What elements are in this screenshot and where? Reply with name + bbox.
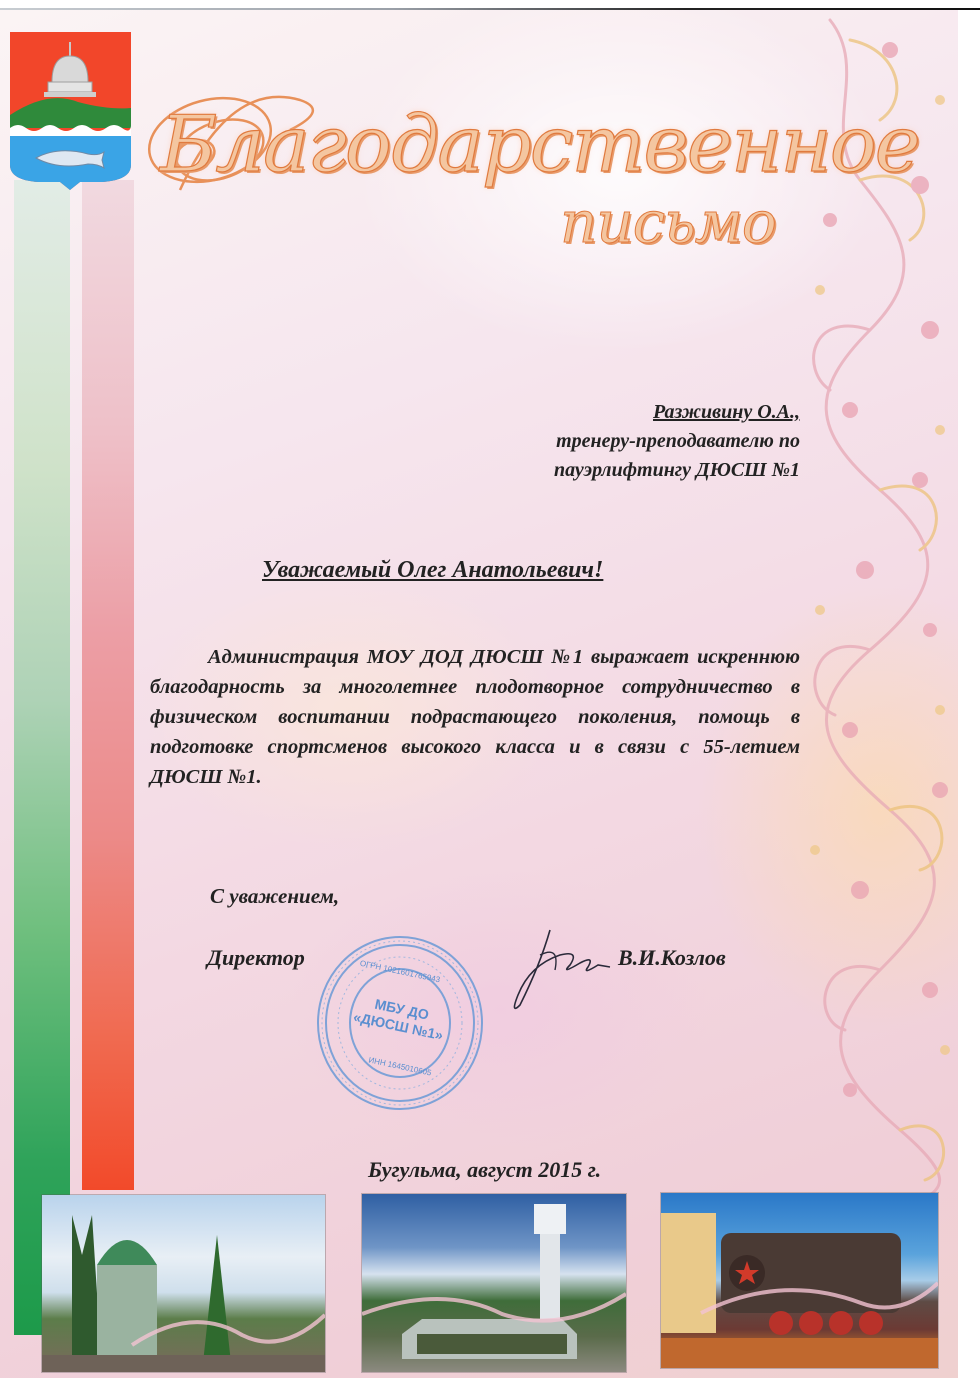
recipient-position-line-1: тренеру-преподавателю по xyxy=(554,427,800,456)
floral-ornament-icon xyxy=(790,10,958,1210)
title-line-1: Благодарственное xyxy=(160,100,919,190)
red-stripe xyxy=(82,180,134,1190)
steam-locomotive-icon xyxy=(661,1193,938,1368)
official-stamp: МБУ ДО «ДЮСШ №1» ОГРН 1021601765943 ИНН … xyxy=(315,933,485,1113)
photo-city-monument xyxy=(362,1194,626,1372)
place-and-date: Бугульма, август 2015 г. xyxy=(368,1157,601,1183)
clock-tower-building-icon xyxy=(42,1195,325,1372)
photo-steam-locomotive xyxy=(661,1193,938,1368)
letter-body: Администрация МОУ ДОД ДЮСШ №1 выражает и… xyxy=(150,642,800,792)
signer-name: В.И.Козлов xyxy=(618,945,726,971)
greeting: Уважаемый Олег Анатольевич! xyxy=(262,557,603,584)
signature-icon xyxy=(500,925,620,1015)
signer-position: Директор xyxy=(207,945,305,971)
recipient-name: Разживину О.А., xyxy=(554,398,800,427)
photo-town-street xyxy=(42,1195,325,1372)
coat-of-arms-icon xyxy=(8,30,133,190)
recipient-position-line-2: пауэрлифтингу ДЮСШ №1 xyxy=(554,456,800,485)
recipient-block: Разживину О.А., тренеру-преподавателю по… xyxy=(554,398,800,485)
title-line-2: письмо xyxy=(560,188,776,256)
green-stripe xyxy=(14,180,70,1335)
certificate-heading: Благодарственное письмо xyxy=(140,70,790,270)
monument-stele-icon xyxy=(362,1194,626,1372)
closing-regards: С уважением, xyxy=(210,884,339,909)
